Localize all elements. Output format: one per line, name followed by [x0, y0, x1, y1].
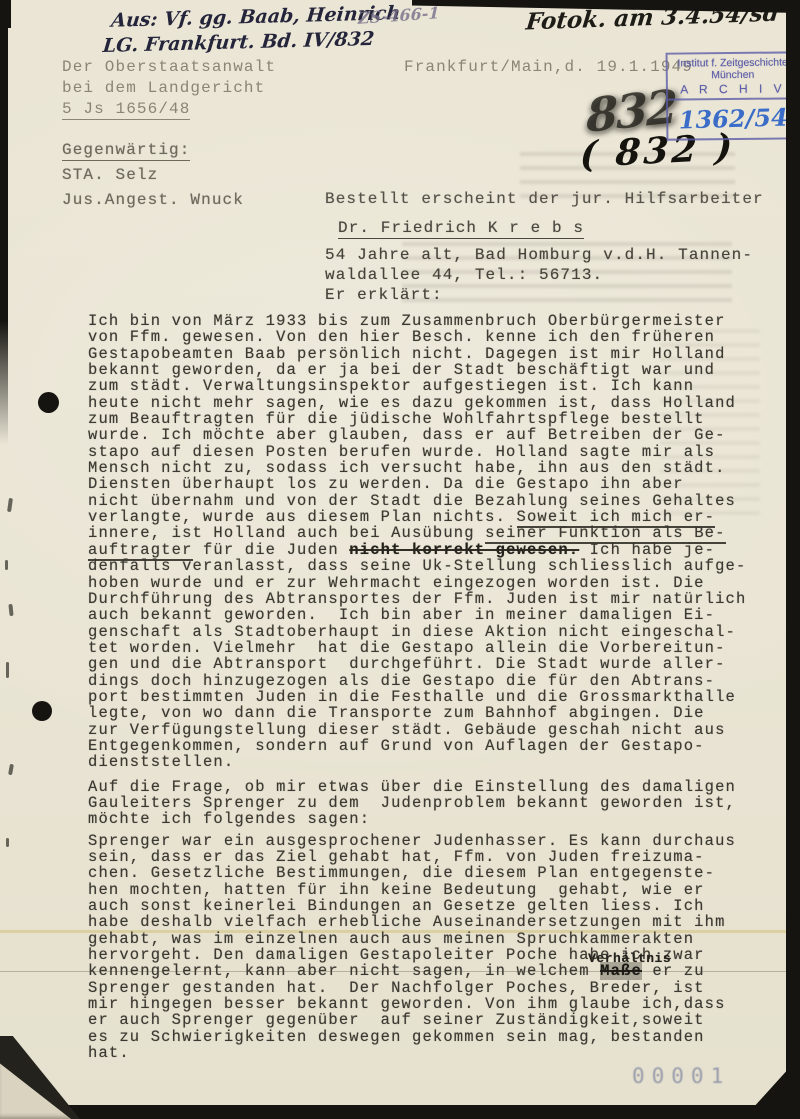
typed-line: wurde. Ich möchte aber glauben, dass er … [88, 427, 778, 443]
typed-line: Sprenger gestanden hat. Der Nachfolger P… [88, 980, 778, 996]
typed-correction: VerhältnisMaße [600, 962, 642, 980]
scan-edge-right [786, 0, 800, 1119]
archive-stamp: Institut f. Zeitgeschichte München A R C… [666, 51, 800, 140]
declaration-label: Er erklärt: [325, 285, 443, 306]
edge-speck [8, 764, 14, 776]
scan-corner-mark [0, 0, 11, 28]
stamp-city-line: München [669, 68, 797, 81]
typed-line: bekannt geworden, da er ja bei der Stadt… [88, 362, 778, 378]
paragraph: Auf die Frage, ob mir etwas über die Ein… [88, 779, 778, 828]
typed-line: chen. Gesetzliche Bestimmungen, die dies… [88, 865, 778, 881]
typed-line: möchte ich folgendes sagen: [88, 811, 778, 827]
edge-speck [6, 662, 9, 678]
typed-line: hat. [88, 1045, 778, 1061]
typed-line: zum städt. Verwaltungsinspektor aufgesti… [88, 378, 778, 394]
appearance-name-line: Dr. Friedrich K r e b s [338, 218, 584, 239]
witness-name: Dr. Friedrich K r e b s [338, 219, 584, 239]
typed-line: Diensten überhaupt los zu werden. Da die… [88, 476, 778, 492]
typed-line: denfalls veranlasst, dass seine Uk-Stell… [88, 558, 778, 574]
typed-line: port bestimmten Juden in die Festhalle u… [88, 689, 778, 705]
handwritten-source-note: Aus: Vf. gg. Baab, Heinrich LG. Frankfur… [108, 1, 402, 59]
typed-line: genschaft als Stadtoberhaupt in diese Ak… [88, 624, 778, 640]
faint-number-stamp: 00001 [632, 1064, 730, 1088]
details-line: waldallee 44, Tel.: 56713. [325, 265, 753, 285]
present-person: STA. Selz [62, 163, 244, 188]
typed-line: gen und die Abtransport durchgeführt. Di… [88, 656, 778, 672]
sender-line: Der Oberstaatsanwalt [62, 57, 276, 78]
stamp-archiv-line: A R C H I V [669, 81, 797, 96]
typed-line: zum Beauftragten für die jüdische Wohlfa… [88, 411, 778, 427]
typed-line: Auf die Frage, ob mir etwas über die Ein… [88, 779, 778, 795]
typed-line: Ich bin von März 1933 bis zum Zusammenbr… [88, 313, 778, 329]
typed-line: er auch Sprenger gegenüber auf seiner Zu… [88, 1012, 778, 1028]
sender-line: bei dem Landgericht [62, 78, 276, 99]
typed-line: es zu Schwierigkeiten deswegen gekommen … [88, 1029, 778, 1045]
paragraph: Sprenger war ein ausgesprochener Judenha… [88, 833, 778, 1062]
typed-line: auftragter für die Juden nicht korrekt g… [88, 542, 778, 558]
present-label: Gegenwärtig: [62, 141, 190, 161]
typed-line: hen mochten, hatten für ihn keine Bedeut… [88, 882, 778, 898]
typed-line: Sprenger war ein ausgesprochener Judenha… [88, 833, 778, 849]
stamp-institute-line: Institut f. Zeitgeschichte [669, 56, 797, 69]
typed-line: kennengelernt, kann aber nicht sagen, in… [88, 963, 778, 979]
typed-line: dienststellen. [88, 754, 778, 770]
stamp-accession-number: 1362/54 [668, 98, 799, 140]
typed-line: innere, ist Holland auch bei Ausübung se… [88, 525, 778, 541]
typed-line: habe deshalb vielfach erhebliche Auseina… [88, 914, 778, 930]
typed-line: von Ffm. gewesen. Von den hier Besch. ke… [88, 329, 778, 345]
archive-stamp-text: Institut f. Zeitgeschichte München A R C… [668, 53, 798, 100]
details-line: 54 Jahre alt, Bad Homburg v.d.H. Tannen- [325, 245, 753, 265]
typed-line: Durchführung des Abtransportes der Ffm. … [88, 591, 778, 607]
edge-speck [6, 838, 9, 847]
typed-line: hoben wurde und er zur Wehrmacht eingezo… [88, 575, 778, 591]
typed-line: legte, von wo dann die Transporte zum Ba… [88, 705, 778, 721]
typed-line: gehabt, was im einzelnen auch aus meinen… [88, 931, 778, 947]
scan-edge-left [0, 0, 8, 445]
typed-line: Entgegenkommen, sondern auf Grund von Au… [88, 738, 778, 754]
punch-hole [38, 392, 59, 413]
typed-line: Gauleiters Sprenger zu dem Judenproblem … [88, 795, 778, 811]
typed-line: verlangte, wurde aus diesem Plan nichts.… [88, 509, 778, 525]
present-person: Jus.Angest. Wnuck [62, 188, 244, 213]
sender-block: Der Oberstaatsanwalt bei dem Landgericht… [62, 57, 276, 120]
place-date: Frankfurt/Main,d. 19.1.1949 [404, 57, 693, 78]
typed-line: nicht übernahm und von der Stadt die Bez… [88, 493, 778, 509]
case-number: 5 Js 1656/48 [62, 100, 190, 120]
typed-line: Gestapobeamten Baab persönlich nicht. Da… [88, 346, 778, 362]
typed-line: stapo auf diesen Posten berufen wurde. H… [88, 444, 778, 460]
typed-line: mir hingegen besser bekannt geworden. Vo… [88, 996, 778, 1012]
appearance-intro: Bestellt erscheint der jur. Hilfsarbeite… [325, 189, 764, 210]
typed-line: Mensch nicht zu, sodass ich versucht hab… [88, 460, 778, 476]
punch-hole [32, 701, 52, 721]
typed-line: tet worden. Vielmehr hat die Gestapo all… [88, 640, 778, 656]
typed-line: heute nicht mehr sagen, wie es dazu geko… [88, 395, 778, 411]
typed-line: dings doch hinzugezogen als die Gestapo … [88, 673, 778, 689]
document-scan-page: Aus: Vf. gg. Baab, Heinrich LG. Frankfur… [0, 0, 800, 1119]
typed-line: sein, dass er das Ziel gehabt hat, Ffm. … [88, 849, 778, 865]
edge-speck [5, 560, 8, 570]
typed-line: auch sonst keinerlei Bindungen an Gesetz… [88, 898, 778, 914]
typed-line: hervorgeht. Den damaligen Gestapoleiter … [88, 947, 778, 963]
typed-line: zur Verfügungstellung dieser städt. Gebä… [88, 722, 778, 738]
present-block: Gegenwärtig: STA. Selz Jus.Angest. Wnuck [62, 138, 244, 213]
edge-speck [8, 604, 13, 616]
typed-line: auch bekannt geworden. Ich bin aber in m… [88, 607, 778, 623]
appearance-details: 54 Jahre alt, Bad Homburg v.d.H. Tannen-… [325, 245, 753, 285]
edge-speck [7, 498, 13, 512]
scan-edge-bottom [0, 1105, 800, 1119]
paragraph: Ich bin von März 1933 bis zum Zusammenbr… [88, 313, 778, 771]
body-text: Ich bin von März 1933 bis zum Zusammenbr… [88, 313, 778, 1061]
